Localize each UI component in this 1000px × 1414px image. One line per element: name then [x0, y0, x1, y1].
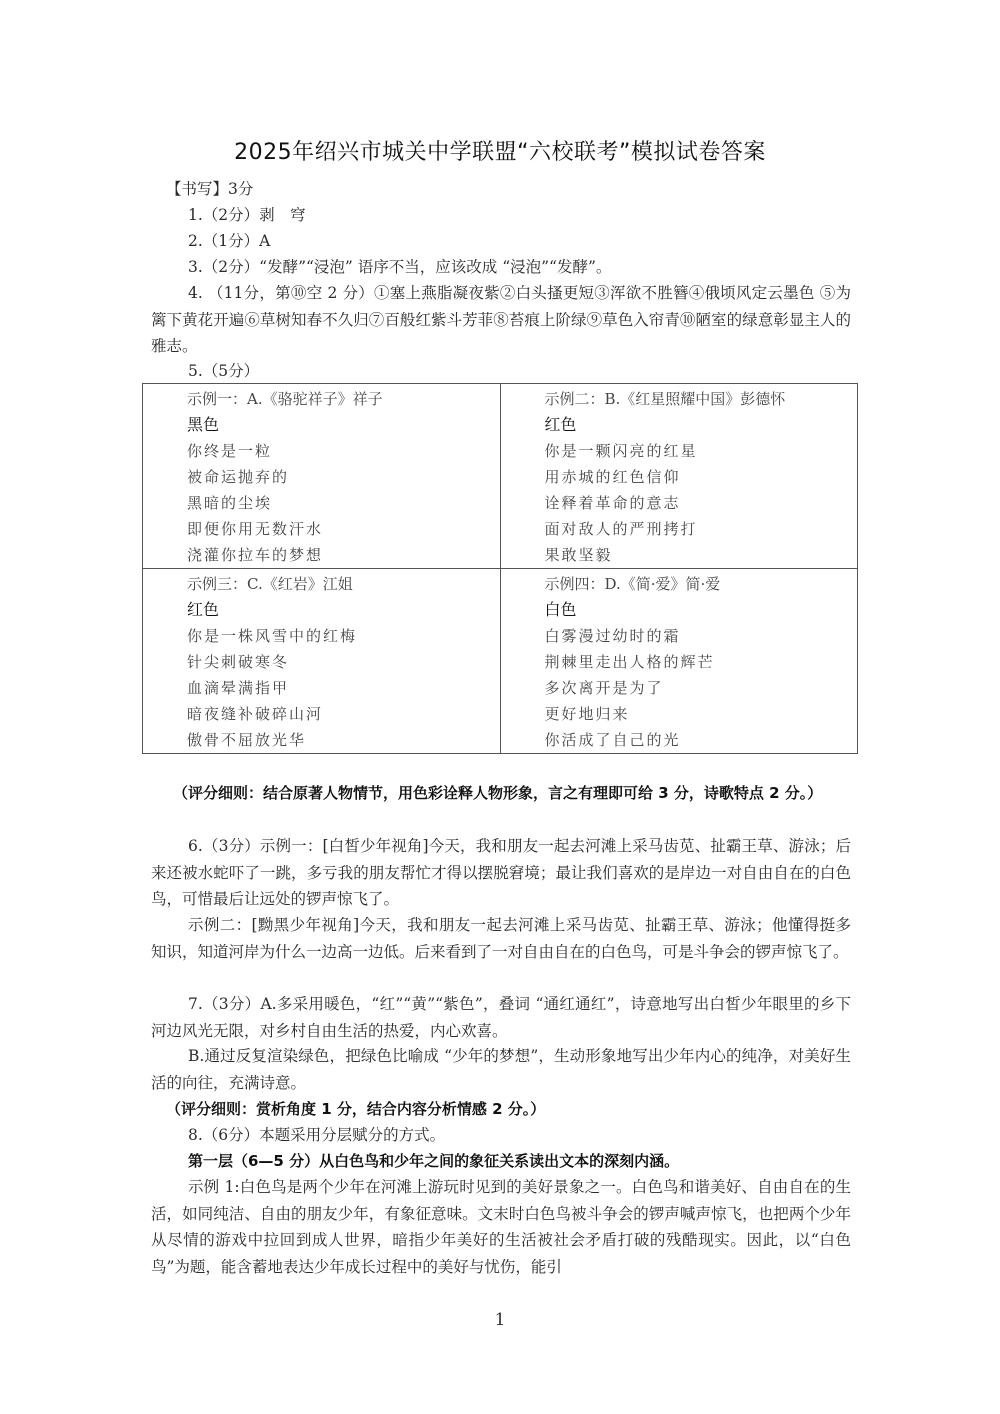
poem-line: 傲骨不屈放光华: [187, 727, 500, 753]
example-color: 红色: [187, 597, 500, 623]
answer-q3: 3.（2分）“发酵”“浸泡” 语序不当，应该改成 “浸泡”“发酵”。: [188, 254, 611, 280]
poem-line: 暗夜缝补破碎山河: [187, 701, 500, 727]
poem-line: 血滴晕满指甲: [187, 675, 500, 701]
answer-q6-example1: 6.（3分）示例一：[白皙少年视角]今天，我和朋友一起去河滩上采马齿苋、扯霸王草…: [151, 833, 851, 913]
q8-example1: 示例 1:白色鸟是两个少年在河滩上游玩时见到的美好景象之一。白色鸟和谐美好、自由…: [151, 1174, 851, 1280]
poem-line: 你是一株风雪中的红梅: [187, 623, 500, 649]
poem-line: 你是一颗闪亮的红星: [545, 438, 858, 464]
poem-line: 诠释着革命的意志: [545, 490, 858, 516]
example-heading: 示例四：D.《简·爱》简·爱: [545, 571, 858, 597]
example-cell-4: 示例四：D.《简·爱》简·爱 白色 白雾漫过幼时的霜 荆棘里走出人格的辉芒 多次…: [500, 569, 858, 754]
poem-line: 白雾漫过幼时的霜: [545, 623, 858, 649]
poem-line: 被命运抛弃的: [187, 464, 500, 490]
example-cell-3: 示例三：C.《红岩》江姐 红色 你是一株风雪中的红梅 针尖刺破寒冬 血滴晕满指甲…: [143, 569, 501, 754]
poem-line: 黑暗的尘埃: [187, 490, 500, 516]
answer-q5-label: 5.（5分）: [188, 358, 259, 384]
answer-q7-a: 7.（3分）A.多采用暖色，“红”“黄”“紫色”，叠词 “通红通红”，诗意地写出…: [151, 991, 851, 1044]
q5-example-table: 示例一：A.《骆驼祥子》祥子 黑色 你终是一粒 被命运抛弃的 黑暗的尘埃 即便你…: [142, 383, 858, 754]
poem-line: 浇灌你拉车的梦想: [187, 542, 500, 568]
poem-line: 即便你用无数汗水: [187, 516, 500, 542]
answer-q1: 1.（2分）剥 穹: [188, 202, 306, 228]
poem-line: 果敢坚毅: [545, 542, 858, 568]
answer-q4: 4. （11分，第⑩空 2 分）①塞上燕脂凝夜紫②白头搔更短③浑欲不胜簪④俄顷风…: [151, 280, 851, 360]
q7-rubric: （评分细则：赏析角度 1 分，结合内容分析情感 2 分。）: [166, 1096, 545, 1122]
poem-line: 你终是一粒: [187, 438, 500, 464]
answer-q8: 8.（6分）本题采用分层赋分的方式。: [188, 1122, 445, 1148]
example-color: 红色: [545, 412, 858, 438]
poem-line: 更好地归来: [545, 701, 858, 727]
answer-sheet-page: 2025年绍兴市城关中学联盟“六校联考”模拟试卷答案 【书写】3分 1.（2分）…: [0, 0, 1000, 1414]
page-title: 2025年绍兴市城关中学联盟“六校联考”模拟试卷答案: [0, 135, 1000, 166]
writing-score: 【书写】3分: [166, 176, 253, 202]
example-color: 白色: [545, 597, 858, 623]
example-heading: 示例一：A.《骆驼祥子》祥子: [187, 386, 500, 412]
q5-rubric: （评分细则：结合原著人物情节，用色彩诠释人物形象，言之有理即可给 3 分，诗歌特…: [151, 780, 851, 807]
poem-line: 荆棘里走出人格的辉芒: [545, 649, 858, 675]
page-number: 1: [0, 1310, 1000, 1330]
example-cell-2: 示例二：B.《红星照耀中国》彭德怀 红色 你是一颗闪亮的红星 用赤城的红色信仰 …: [500, 384, 858, 569]
example-cell-1: 示例一：A.《骆驼祥子》祥子 黑色 你终是一粒 被命运抛弃的 黑暗的尘埃 即便你…: [143, 384, 501, 569]
answer-q7-b: B.通过反复渲染绿色，把绿色比喻成 “少年的梦想”，生动形象地写出少年内心的纯净…: [151, 1043, 851, 1096]
q8-level1: 第一层（6—5 分）从白色鸟和少年之间的象征关系读出文本的深刻内涵。: [188, 1148, 679, 1174]
example-color: 黑色: [187, 412, 500, 438]
poem-line: 你活成了自己的光: [545, 727, 858, 753]
example-heading: 示例二：B.《红星照耀中国》彭德怀: [545, 386, 858, 412]
answer-q6-example2: 示例二：[黝黑少年视角]今天，我和朋友一起去河滩上采马齿苋、扯霸王草、游泳；他懂…: [151, 912, 851, 965]
answer-q2: 2.（1分）A: [188, 228, 270, 254]
example-heading: 示例三：C.《红岩》江姐: [187, 571, 500, 597]
poem-line: 针尖刺破寒冬: [187, 649, 500, 675]
poem-line: 面对敌人的严刑拷打: [545, 516, 858, 542]
poem-line: 多次离开是为了: [545, 675, 858, 701]
poem-line: 用赤城的红色信仰: [545, 464, 858, 490]
